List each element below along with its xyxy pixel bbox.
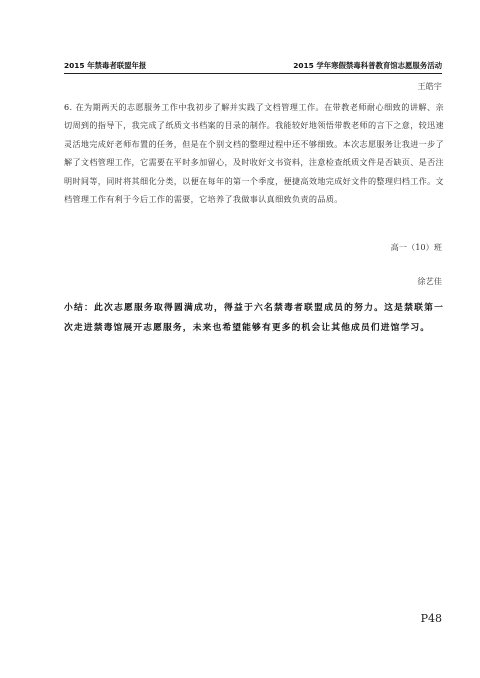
header-right-title: 2015 学年寒假禁毒科普教育馆志愿服务活动 — [293, 60, 442, 71]
header-left-title: 2015 年禁毒者联盟年报 — [64, 60, 146, 71]
page-number: P48 — [421, 612, 442, 625]
page-header: 2015 年禁毒者联盟年报 2015 学年寒假禁毒科普教育馆志愿服务活动 — [64, 60, 442, 74]
summary-paragraph: 小结：此次志愿服务取得圆满成功，得益于六名禁毒者联盟成员的努力。这是禁联第一次走… — [64, 299, 444, 338]
signature-class: 高一（10）班 — [391, 242, 442, 253]
document-page: 2015 年禁毒者联盟年报 2015 学年寒假禁毒科普教育馆志愿服务活动 王皓宇… — [0, 0, 480, 678]
author-name-top: 王皓宇 — [417, 81, 442, 92]
reflection-paragraph: 6. 在为期两天的志愿服务工作中我初步了解并实践了文档管理工作。在带教老师耐心细… — [64, 98, 444, 208]
signature-name: 徐艺佳 — [417, 276, 442, 287]
